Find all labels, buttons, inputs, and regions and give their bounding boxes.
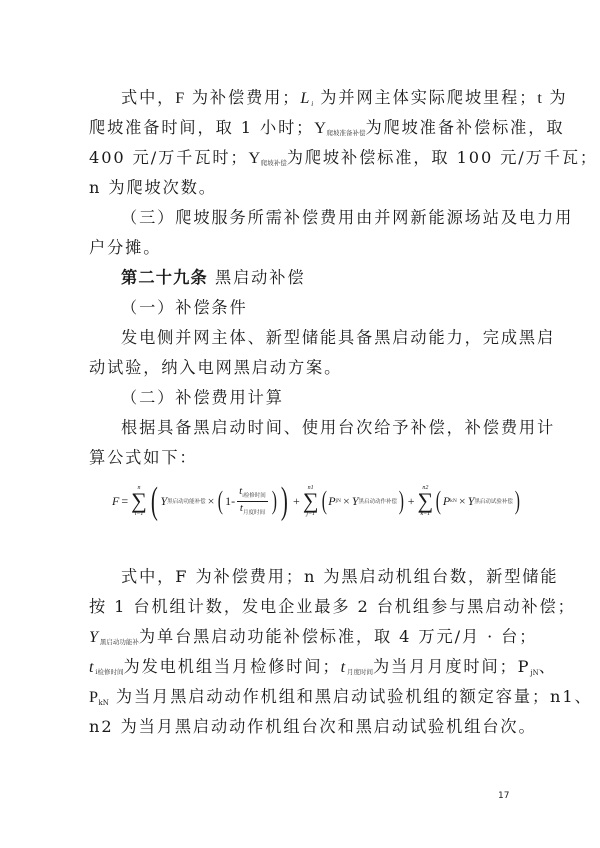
formula-times: × [208, 494, 215, 509]
formula-y2: Y [352, 494, 359, 509]
formula-p1-sub: jN [336, 498, 342, 504]
p3-line5: PkN 为当月黑启动动作机组和黑启动试验机组的额定容量；n1、 [89, 687, 529, 713]
sum-icon: n2 ∑ k=1 [417, 485, 433, 517]
fraction: ti检修时间 t月度时间 [237, 485, 268, 517]
paren-open-icon: ( [218, 488, 223, 514]
formula-lhs: F [112, 494, 119, 509]
p1-line2: 爬坡准备时间，取 1 小时；Y爬坡准备补偿为爬坡准备补偿标准，取 [89, 118, 529, 143]
paren-close-icon: ) [281, 482, 288, 520]
var-f: F [175, 89, 185, 107]
formula-eq: = [121, 494, 128, 509]
paren-close-icon: ) [515, 488, 520, 514]
var-t-sub: 月度时间 [347, 668, 373, 676]
p3-line4: ti检修时间为发电机组当月检修时间；t月度时间为当月月度时间；PjN、 [89, 657, 529, 683]
text: 为并网主体实际爬坡里程； [313, 88, 537, 107]
formula-times: × [459, 494, 466, 509]
formula-y3-sub: 黑启动试验补偿 [474, 497, 513, 505]
formula-p1: P [328, 494, 335, 509]
text: 为发电机组当月检修时间； [124, 657, 341, 676]
article-heading: 第二十九条 黑启动补偿 [121, 268, 561, 288]
text: 爬坡准备时间，取 1 小时； [89, 118, 314, 137]
text: 为单台黑启动功能补偿标准，取 4 万元/月 · 台； [139, 627, 537, 646]
p3-line2: 按 1 台机组计数，发电企业最多 2 台机组参与黑启动补偿； [89, 597, 529, 617]
frac-num-sub: i检修时间 [242, 493, 266, 499]
var-l: L [300, 89, 311, 107]
var-y: Y [314, 119, 326, 137]
p1-line3: 400 元/万千瓦时；Y爬坡补偿为爬坡补偿标准，取 100 元/万千瓦； [89, 148, 529, 173]
p2-line2: 户分摊。 [89, 238, 529, 258]
frac-den-sub: 月度时间 [243, 510, 265, 516]
formula-y1: Y [160, 494, 167, 509]
var-y-sub: 爬坡准备补偿 [326, 129, 365, 137]
sum1-lower: i=1 [135, 511, 144, 517]
formula-plus: + [293, 494, 300, 509]
paren-open-icon: ( [151, 482, 158, 520]
paren-open-icon: ( [321, 488, 326, 514]
document-page: 式中，F 为补偿费用；Li 为并网主体实际爬坡里程；t 为 爬坡准备时间，取 1… [0, 0, 600, 848]
formula-y3: Y [468, 494, 475, 509]
text: 为补偿费用； [185, 88, 301, 107]
page-number: 17 [498, 791, 509, 801]
text: 为当月月度时间；P [373, 657, 531, 676]
text: 为 [542, 88, 567, 107]
var-y-sub: 黑启动功能补 [100, 638, 139, 646]
p2-line1: （三）爬坡服务所需补偿费用由并网新能源场站及电力用 [121, 208, 561, 228]
p3-line1: 式中，F 为补偿费用；n 为黑启动机组台数，新型储能 [121, 567, 561, 587]
text: 为当月黑启动动作机组和黑启动试验机组的额定容量；n1、 [109, 687, 593, 706]
text: 400 元/万千瓦时； [89, 148, 249, 167]
section1-heading: （一）补偿条件 [121, 298, 561, 318]
sum3-lower: k=1 [420, 511, 430, 517]
text: 为爬坡准备补偿标准，取 [365, 118, 564, 137]
section1-line1: 发电侧并网主体、新型储能具备黑启动能力，完成黑启 [121, 328, 561, 348]
paren-close-icon: ) [271, 488, 276, 514]
var-y: Y [89, 628, 100, 646]
text: 为爬坡补偿标准，取 100 元/万千瓦； [287, 148, 598, 167]
p3-line6: n2 为当月黑启动动作机组台次和黑启动试验机组台次。 [89, 717, 529, 737]
formula-p2-sub: kN [450, 498, 457, 504]
formula-minus: - [231, 494, 235, 509]
formula-times: × [343, 494, 350, 509]
p3-line3: Y黑启动功能补为单台黑启动功能补偿标准，取 4 万元/月 · 台； [89, 627, 529, 652]
p1-line1: 式中，F 为补偿费用；Li 为并网主体实际爬坡里程；t 为 [121, 88, 561, 114]
var-y: Y [249, 149, 261, 167]
compensation-formula: F = n ∑ i=1 ( Y黑启动功能补偿 × ( 1- ti检修时间 t月度… [112, 476, 522, 526]
text: 式中， [121, 88, 175, 107]
paren-close-icon: ) [399, 488, 404, 514]
sum2-lower: j=1 [306, 511, 315, 517]
article-title: 黑启动补偿 [208, 268, 305, 287]
sum-icon: n1 ∑ j=1 [303, 485, 319, 517]
var-y-sub: 爬坡补偿 [261, 159, 287, 167]
text: 、 [539, 657, 557, 676]
article-number: 第二十九条 [121, 268, 208, 287]
paren-open-icon: ( [436, 488, 441, 514]
section2-heading: （二）补偿费用计算 [121, 388, 561, 408]
var-p-sub: jN [530, 669, 538, 677]
var-p-sub: kN [99, 699, 109, 707]
formula-plus: + [408, 494, 415, 509]
var-p: P [89, 688, 99, 706]
p1-line4: n 为爬坡次数。 [89, 178, 529, 198]
section1-line2: 动试验，纳入电网黑启动方案。 [89, 358, 529, 378]
text: n 为爬坡次数。 [89, 178, 217, 197]
section2-line2: 算公式如下： [89, 448, 529, 468]
var-t-sub: i检修时间 [95, 668, 123, 676]
sum-icon: n ∑ i=1 [131, 485, 147, 517]
formula-y2-sub: 黑启动动作补偿 [359, 497, 398, 505]
formula-p2: P [443, 494, 450, 509]
section2-line1: 根据具备黑启动时间、使用台次给予补偿，补偿费用计 [121, 418, 561, 438]
formula-y1-sub: 黑启动功能补偿 [167, 497, 206, 505]
